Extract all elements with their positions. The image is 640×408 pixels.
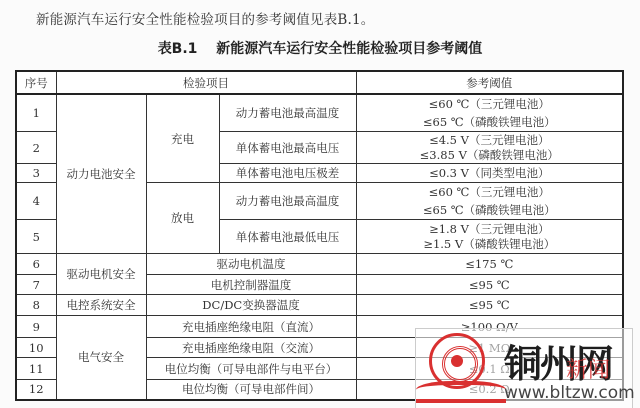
group-control: 电控系统安全 bbox=[56, 295, 146, 316]
row-threshold: ≤95 ℃ bbox=[356, 295, 623, 316]
table-title: 新能源汽车运行安全性能检验项目参考阈值 bbox=[216, 41, 482, 57]
intro-paragraph: 新能源汽车运行安全性能检验项目的参考阈值见表B.1。 bbox=[36, 8, 375, 28]
watermark-subtitle: 新闻 bbox=[566, 353, 610, 384]
row-index: 2 bbox=[16, 132, 56, 164]
row-threshold: ≤4.5 V（三元锂电池） ≤3.85 V（磷酸铁锂电池） bbox=[356, 132, 623, 164]
watermark-ribbon-icon bbox=[416, 381, 506, 403]
row-item: 单体蓄电池最低电压 bbox=[219, 220, 356, 254]
table-row: 1 动力电池安全 充电 动力蓄电池最高温度 ≤60 ℃（三元锂电池） ≤65 ℃… bbox=[16, 94, 623, 132]
row-index: 1 bbox=[16, 94, 56, 132]
subgroup-charge: 充电 bbox=[146, 94, 219, 183]
group-battery: 动力电池安全 bbox=[56, 94, 146, 254]
row-item: 动力蓄电池最高温度 bbox=[219, 183, 356, 220]
threshold-line: ≤65 ℃（磷酸铁锂电池） bbox=[357, 201, 623, 219]
row-threshold: ≤95 ℃ bbox=[356, 275, 623, 295]
header-item: 检验项目 bbox=[56, 71, 356, 94]
row-index: 11 bbox=[16, 358, 56, 380]
table-row: 6 驱动电机安全 驱动电机温度 ≤175 ℃ bbox=[16, 254, 623, 275]
group-electrical: 电气安全 bbox=[56, 316, 146, 400]
row-index: 7 bbox=[16, 275, 56, 295]
threshold-line: ≥1.8 V（三元锂电池） bbox=[357, 222, 623, 237]
threshold-line: ≤3.85 V（磷酸铁锂电池） bbox=[357, 148, 623, 163]
row-item: 充电插座绝缘电阻（交流） bbox=[146, 338, 356, 358]
row-index: 9 bbox=[16, 316, 56, 338]
row-index: 6 bbox=[16, 254, 56, 275]
row-threshold: ≥1.8 V（三元锂电池） ≥1.5 V（磷酸铁锂电池） bbox=[356, 220, 623, 254]
row-item: 充电插座绝缘电阻（直流） bbox=[146, 316, 356, 338]
group-motor: 驱动电机安全 bbox=[56, 254, 146, 295]
table-header-row: 序号 检验项目 参考阈值 bbox=[16, 71, 623, 94]
row-threshold: ≤175 ℃ bbox=[356, 254, 623, 275]
row-threshold: ≤60 ℃（三元锂电池） ≤65 ℃（磷酸铁锂电池） bbox=[356, 94, 623, 132]
table-row: 8 电控系统安全 DC/DC变换器温度 ≤95 ℃ bbox=[16, 295, 623, 316]
threshold-line: ≤60 ℃（三元锂电池） bbox=[357, 183, 623, 201]
table-caption: 表B.1 新能源汽车运行安全性能检验项目参考阈值 bbox=[0, 38, 640, 58]
row-index: 10 bbox=[16, 338, 56, 358]
row-index: 8 bbox=[16, 295, 56, 316]
watermark-overlay: 铜州网 新闻 www.bltzw.com bbox=[415, 328, 633, 408]
table-number: 表B.1 bbox=[158, 41, 198, 57]
row-item: 电位均衡（可导电部件与电平台） bbox=[146, 358, 356, 380]
header-threshold: 参考阈值 bbox=[356, 71, 623, 94]
row-index: 5 bbox=[16, 220, 56, 254]
threshold-line: ≥1.5 V（磷酸铁锂电池） bbox=[357, 237, 623, 252]
row-index: 4 bbox=[16, 183, 56, 220]
row-item: 动力蓄电池最高温度 bbox=[219, 94, 356, 132]
row-index: 3 bbox=[16, 164, 56, 183]
threshold-line: ≤60 ℃（三元锂电池） bbox=[357, 95, 623, 113]
threshold-line: ≤65 ℃（磷酸铁锂电池） bbox=[357, 113, 623, 131]
row-item: 电位均衡（可导电部件间） bbox=[146, 380, 356, 400]
row-item: 电机控制器温度 bbox=[146, 275, 356, 295]
row-item: DC/DC变换器温度 bbox=[146, 295, 356, 316]
row-threshold: ≤60 ℃（三元锂电池） ≤65 ℃（磷酸铁锂电池） bbox=[356, 183, 623, 220]
watermark-url: www.bltzw.com bbox=[504, 383, 635, 403]
row-item: 驱动电机温度 bbox=[146, 254, 356, 275]
subgroup-discharge: 放电 bbox=[146, 183, 219, 254]
header-index: 序号 bbox=[16, 71, 56, 94]
row-threshold: ≤0.3 V（同类型电池） bbox=[356, 164, 623, 183]
row-item: 单体蓄电池电压极差 bbox=[219, 164, 356, 183]
threshold-line: ≤4.5 V（三元锂电池） bbox=[357, 133, 623, 148]
row-index: 12 bbox=[16, 380, 56, 400]
row-item: 单体蓄电池最高电压 bbox=[219, 132, 356, 164]
